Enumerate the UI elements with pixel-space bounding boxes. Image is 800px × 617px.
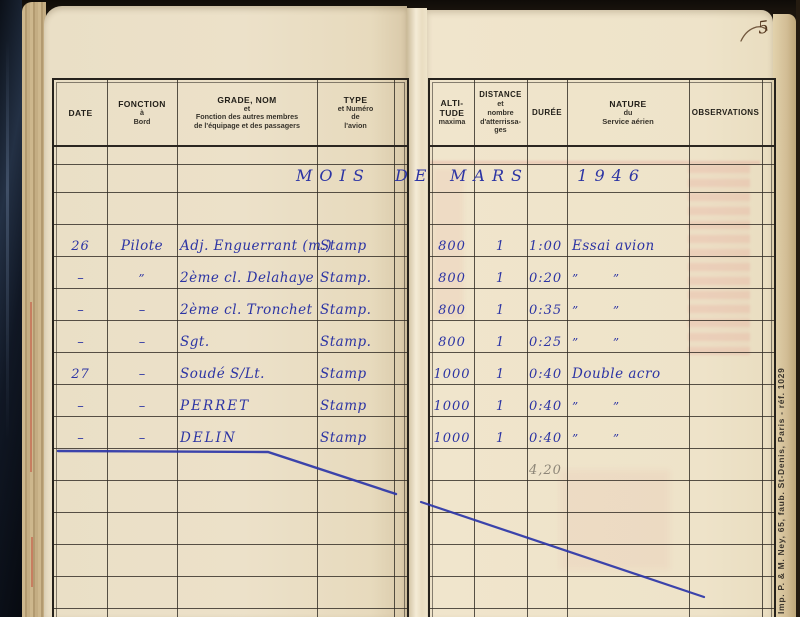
cell-altitude: 1000 — [430, 367, 474, 382]
cell-grade: Adj. Enguerrant (m.) — [180, 238, 330, 254]
cell-nature: ” ” — [572, 304, 702, 318]
column-header-fonction: FONCTION à Bord — [107, 80, 177, 145]
cell-grade: Soudé S/Lt. — [180, 366, 330, 382]
cell-duree: 0:35 — [529, 303, 569, 318]
column-header-date: DATE — [54, 80, 107, 145]
cell-date: – — [54, 335, 107, 350]
cell-altitude: 800 — [430, 303, 474, 318]
cell-type: Stamp — [320, 398, 402, 414]
red-ink-bleed — [31, 537, 33, 587]
cell-type: Stamp. — [320, 302, 402, 318]
cell-distance: 1 — [474, 303, 527, 318]
table-row: 800 1 0:20 ” ” — [430, 256, 774, 288]
cell-altitude: 1000 — [430, 431, 474, 446]
cell-altitude: 800 — [430, 335, 474, 350]
cell-nature: ” ” — [572, 336, 702, 350]
cell-type: Stamp — [320, 430, 402, 446]
cell-fonction: – — [107, 399, 177, 414]
cell-type: Stamp — [320, 366, 402, 382]
table-row: 800 1 0:25 ” ” — [430, 320, 774, 352]
cell-date: – — [54, 399, 107, 414]
cell-type: Stamp — [320, 238, 402, 254]
cell-altitude: 800 — [430, 239, 474, 254]
cell-fonction: – — [107, 431, 177, 446]
cell-fonction: – — [107, 367, 177, 382]
table-row: 1000 1 0:40 ” ” — [430, 416, 774, 448]
cell-duree: 0:40 — [529, 367, 569, 382]
column-header-duree: DURÉE — [527, 80, 567, 145]
cell-nature: ” ” — [572, 272, 702, 286]
cell-fonction: ” — [107, 272, 177, 286]
table-row: – – 2ème cl. Tronchet Stamp. — [54, 288, 407, 320]
cell-nature: Essai avion — [572, 238, 702, 254]
month-title-left: MOIS DE — [296, 166, 433, 192]
cell-date: – — [54, 271, 107, 286]
cell-duree: 0:40 — [529, 431, 569, 446]
cell-nature: ” ” — [572, 400, 702, 414]
cell-nature: Double acro — [572, 366, 702, 382]
cell-fonction: – — [107, 335, 177, 350]
cell-grade: 2ème cl. Tronchet — [180, 302, 330, 318]
cell-grade: Sgt. — [180, 334, 330, 350]
cell-distance: 1 — [474, 399, 527, 414]
total-row: 4,20 — [430, 448, 774, 480]
grid-line — [54, 164, 407, 165]
grid-line — [430, 164, 774, 165]
table-row: – ” 2ème cl. Delahaye Stamp. — [54, 256, 407, 288]
table-row: 27 – Soudé S/Lt. Stamp — [54, 352, 407, 384]
scanned-logbook-spread: 5 Imp. P. & M. Ney, 65, faub. St-Denis, … — [0, 0, 800, 617]
page-edges-stack — [22, 2, 46, 617]
book-gutter — [407, 8, 427, 617]
cell-altitude: 800 — [430, 271, 474, 286]
cell-total-duree: 4,20 — [529, 463, 569, 478]
cell-distance: 1 — [474, 367, 527, 382]
table-row: 1000 1 0:40 Double acro — [430, 352, 774, 384]
cell-date: 27 — [54, 367, 107, 382]
table-row: – – DELIN Stamp — [54, 416, 407, 448]
column-header-grade-nom: GRADE, NOM et Fonction des autres membre… — [177, 80, 317, 145]
cell-altitude: 1000 — [430, 399, 474, 414]
cell-grade: PERRET — [180, 398, 330, 414]
column-header-type-avion: TYPE et Numéro de l'avion — [317, 80, 394, 145]
cell-duree: 0:20 — [529, 271, 569, 286]
cell-duree: 0:25 — [529, 335, 569, 350]
cell-date: 26 — [54, 239, 107, 254]
red-ink-bleed — [30, 302, 32, 472]
cell-grade: 2ème cl. Delahaye — [180, 270, 330, 286]
logbook-table-left: DATE FONCTION à Bord GRADE, NOM et Fonct… — [52, 78, 409, 617]
cell-distance: 1 — [474, 335, 527, 350]
cell-fonction: – — [107, 303, 177, 318]
logbook-table-right: ALTI- TUDE maxima DISTANCE et nombre d'a… — [428, 78, 776, 617]
cell-distance: 1 — [474, 431, 527, 446]
grid-line — [54, 145, 407, 147]
grid-line — [430, 192, 774, 193]
table-row: 1000 1 0:40 ” ” — [430, 384, 774, 416]
cell-type: Stamp. — [320, 270, 402, 286]
column-header-distance: DISTANCE et nombre d'atterrissa- ges — [474, 80, 527, 145]
printer-imprint: Imp. P. & M. Ney, 65, faub. St-Denis, Pa… — [776, 308, 794, 614]
cell-duree: 1:00 — [529, 239, 569, 254]
page-edge-shadow — [796, 0, 800, 617]
cell-grade: DELIN — [180, 430, 330, 446]
cell-date: – — [54, 431, 107, 446]
table-row: – – PERRET Stamp — [54, 384, 407, 416]
table-row: – – Sgt. Stamp. — [54, 320, 407, 352]
book-binding — [0, 0, 22, 617]
grid-line — [430, 145, 774, 147]
table-row: 800 1 0:35 ” ” — [430, 288, 774, 320]
cell-distance: 1 — [474, 271, 527, 286]
table-row: 26 Pilote Adj. Enguerrant (m.) Stamp — [54, 224, 407, 256]
table-row: 800 1 1:00 Essai avion — [430, 224, 774, 256]
column-header-nature: NATURE du Service aérien — [567, 80, 689, 145]
column-header-observations: OBSERVATIONS — [689, 80, 762, 145]
cell-nature: ” ” — [572, 432, 702, 446]
cell-date: – — [54, 303, 107, 318]
grid-line — [54, 192, 407, 193]
cell-duree: 0:40 — [529, 399, 569, 414]
cell-fonction: Pilote — [107, 238, 177, 254]
month-title-right: MARS 1946 — [450, 166, 646, 192]
cell-type: Stamp. — [320, 334, 402, 350]
column-header-altitude: ALTI- TUDE maxima — [430, 80, 474, 145]
cell-distance: 1 — [474, 239, 527, 254]
